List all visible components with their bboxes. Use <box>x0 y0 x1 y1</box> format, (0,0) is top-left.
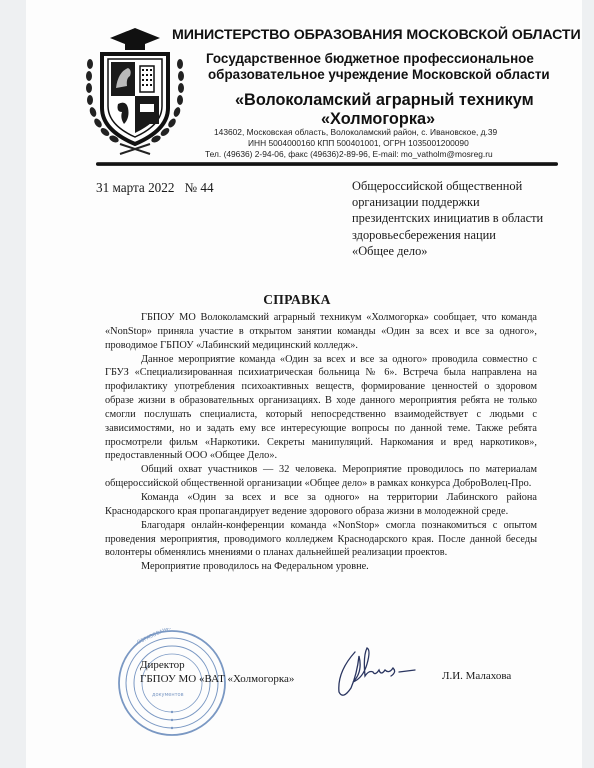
institution-name-line1: «Волоколамский аграрный техникум <box>235 91 534 110</box>
ministry-heading: МИНИСТЕРСТВО ОБРАЗОВАНИЯ МОСКОВСКОЙ ОБЛА… <box>172 27 581 43</box>
document-date: 31 марта 2022 <box>96 180 174 195</box>
institution-type-line1: Государственное бюджетное профессиональн… <box>206 51 534 66</box>
institution-contacts: Тел. (49636) 2-94-06, факс (49636)2-89-9… <box>205 149 493 159</box>
signatory-position: Директор ГБПОУ МО «ВАТ «Холмогорка» <box>140 658 294 686</box>
body-paragraph: Благодаря онлайн-конференции команда «No… <box>105 519 537 561</box>
document-body: ГБПОУ МО Волоколамский аграрный техникум… <box>105 311 537 574</box>
document-number: № 44 <box>184 180 213 195</box>
svg-text:ОБРАЗОВАНИЯ МОСК: ОБРАЗОВАНИЯ МОСК <box>136 628 189 646</box>
svg-text:документов: документов <box>152 692 184 698</box>
recipient-line: президентских инициатив в области <box>352 210 572 226</box>
institution-type-line2: образовательное учреждение Московской об… <box>208 67 550 82</box>
institution-requisites: ИНН 5004000160 КПП 500401001, ОГРН 10350… <box>248 138 469 148</box>
signatory-organization: ГБПОУ МО «ВАТ «Холмогорка» <box>140 672 294 686</box>
college-crest-icon <box>80 26 190 156</box>
document-title: СПРАВКА <box>0 292 594 308</box>
letterhead-divider <box>96 162 558 166</box>
handwritten-signature-icon <box>333 642 433 702</box>
signatory-title: Директор <box>140 658 294 672</box>
body-paragraph: Мероприятие проводилось на Федеральном у… <box>105 560 537 574</box>
recipient-line: организации поддержки <box>352 194 572 210</box>
recipient-line: здоровьесбережения нации <box>352 227 572 243</box>
recipient-line: Общероссийской общественной <box>352 178 572 194</box>
body-paragraph: ГБПОУ МО Волоколамский аграрный техникум… <box>105 311 537 353</box>
recipient-line: «Общее дело» <box>352 243 572 259</box>
body-paragraph: Общий охват участников — 32 человека. Ме… <box>105 463 537 491</box>
signer-name: Л.И. Малахова <box>442 670 511 682</box>
institution-address: 143602, Московская область, Волоколамски… <box>214 127 497 137</box>
document-date-number: 31 марта 2022№ 44 <box>96 180 214 196</box>
body-paragraph: Команда «Один за всех и все за одного» н… <box>105 491 537 519</box>
body-paragraph: Данное мероприятие команда «Один за всех… <box>105 353 537 464</box>
recipient-block: Общероссийской общественной организации … <box>352 178 572 259</box>
